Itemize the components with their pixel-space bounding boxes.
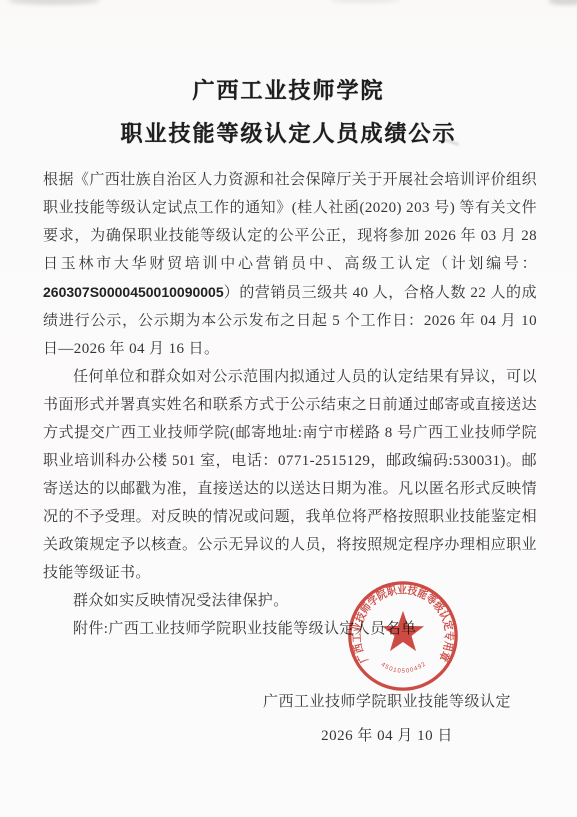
signature-date: 2026 年 04 月 10 日 bbox=[263, 723, 511, 750]
paragraph-objection: 任何单位和群众如对公示范围内拟通过人员的认定结果有异议，可以书面形式并署真实姓名… bbox=[43, 363, 537, 587]
paragraph-legal-protection: 群众如实反映情况受法律保护。 bbox=[43, 587, 537, 615]
document-page: 广西工业技师学院 职业技能等级认定人员成绩公示 根据《广西壮族自治区人力资源和社… bbox=[0, 0, 577, 817]
document-title-line1: 广西工业技师学院 bbox=[0, 76, 577, 106]
document-title-line2: 职业技能等级认定人员成绩公示 bbox=[0, 119, 577, 149]
signature-block: 广西工业技师学院职业技能等级认定 2026 年 04 月 10 日 bbox=[263, 689, 511, 750]
document-body: 根据《广西壮族自治区人力资源和社会保障厅关于开展社会培训评价组织职业技能等级认定… bbox=[43, 166, 537, 643]
paragraph-basis: 根据《广西壮族自治区人力资源和社会保障厅关于开展社会培训评价组织职业技能等级认定… bbox=[43, 166, 537, 363]
paragraph-basis-text-1: 根据《广西壮族自治区人力资源和社会保障厅关于开展社会培训评价组织职业技能等级认定… bbox=[43, 172, 537, 272]
signature-issuer: 广西工业技师学院职业技能等级认定 bbox=[263, 689, 511, 716]
document-header: 广西工业技师学院 职业技能等级认定人员成绩公示 bbox=[0, 0, 577, 149]
paragraph-attachment: 附件:广西工业技师学院职业技能等级认定人员名单 bbox=[43, 615, 537, 643]
plan-number: 260307S0000450010090005 bbox=[43, 284, 224, 300]
